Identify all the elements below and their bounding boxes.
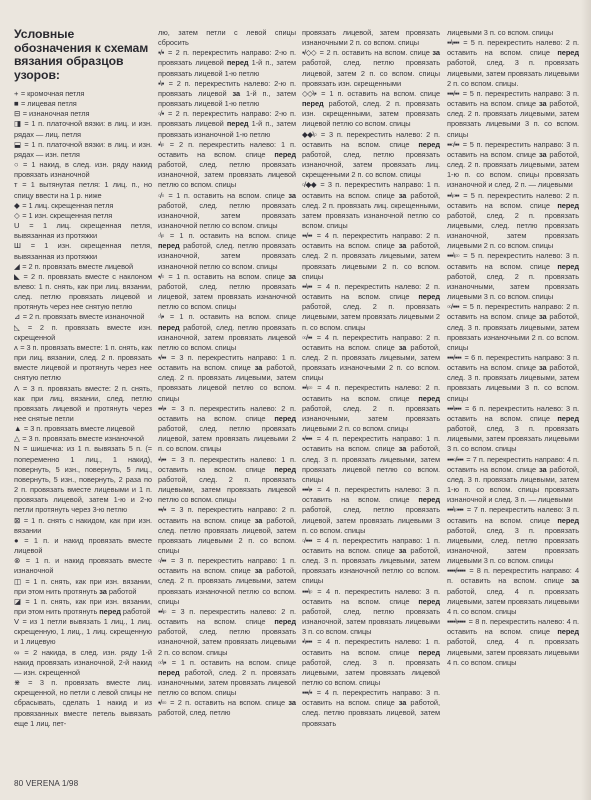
- stitch-symbol-icon: ◇◇\▪: [302, 89, 316, 99]
- emphasis-text: перед: [557, 201, 579, 210]
- stitch-symbol-icon: ▫▫/▪▪▪: [447, 302, 459, 312]
- legend-entry: ▪▪/▪ = 3 п. перекрестить направо: 2 п. о…: [158, 505, 296, 556]
- legend-entry: ◣ = 2 п. провязать вместе с наклоном вле…: [14, 272, 152, 313]
- legend-text-continued: работой, след. петлю провязать изнаночно…: [158, 323, 296, 352]
- stitch-symbol-icon: V: [14, 617, 18, 627]
- legend-text-continued: работой, след. 2 п. провязать лицевыми, …: [302, 302, 440, 331]
- legend-entry: ▪▪▪\▪▪▪ = 6 п. перекрестить налево: 3 п.…: [447, 404, 579, 455]
- legend-text: = 1 накид, в след. изн. ряду накид провя…: [14, 160, 152, 179]
- stitch-symbol-icon: ▪▪\▫▫: [302, 383, 312, 393]
- issue-number: 1/98: [62, 779, 78, 788]
- emphasis-text: за: [539, 465, 547, 474]
- column-2: лю, затем петли с левой спицы сбросить▪/…: [158, 28, 296, 719]
- stitch-symbol-icon: ◆: [14, 201, 19, 211]
- stitch-symbol-icon: ⊟: [14, 109, 20, 119]
- legend-entry: ▪▪▪▪/▪▪▪▪ = 8 п. перекрестить направо: 4…: [447, 566, 579, 617]
- legend-entry: ◆◆\▫ = 3 п. перекрестить налево: 2 п. ос…: [302, 130, 440, 181]
- legend-entry: ▫/▪ = 2 п. перекрестить направо: 2-ю п. …: [158, 109, 296, 139]
- legend-text: лицевыми 3 п. со вспом. спицы: [447, 28, 553, 37]
- legend-entry: ▪\▫ = 2 п. перекрестить налево: 1 п. ост…: [158, 140, 296, 191]
- legend-entry: ▫/▪▪ = 3 п. перекрестить направо: 1 п. о…: [158, 556, 296, 607]
- legend-text: = кромочная петля: [19, 89, 85, 98]
- stitch-symbol-icon: ⊠: [14, 516, 20, 526]
- legend-text: = 1 п. оставить на вспом. спице: [165, 191, 289, 200]
- legend-entry: ▪▪\▪ = 3 п. перекрестить налево: 2 п. ос…: [158, 404, 296, 455]
- emphasis-text: перед: [418, 648, 440, 657]
- legend-entry: ▪▪\▫ = 3 п. перекрестить налево: 2 п. ос…: [158, 607, 296, 658]
- stitch-symbol-icon: ▪/▪▪▪: [302, 434, 312, 444]
- legend-text: = лицевая петля: [19, 99, 77, 108]
- legend-entry: ◆ = 1 лиц. скрещенная петля: [14, 201, 152, 211]
- stitch-symbol-icon: ▪▪▪/▪▪: [447, 89, 459, 99]
- emphasis-text: перед: [557, 516, 579, 525]
- page-edge-shadow: [581, 0, 591, 800]
- legend-text: = изнаночная петля: [21, 109, 90, 118]
- legend-text-continued: работой, след. 2 п. провязать изнаночным…: [447, 272, 579, 301]
- legend-entry: ▪/▫▫ = 2 п. оставить на вспом. спице за …: [158, 698, 296, 718]
- legend-text-continued: работой: [107, 587, 137, 596]
- stitch-symbol-icon: ▪/▪: [158, 48, 164, 58]
- legend-entry: ▪/▪▪ = 3 п. перекрестить направо: 1 п. о…: [158, 353, 296, 404]
- legend-entry: U = 1 лиц. скрещенная петля, вывязанная …: [14, 221, 152, 241]
- legend-entry: ⊗ = 1 п. и накид провязать вместе изнано…: [14, 556, 152, 576]
- emphasis-text: перед: [158, 668, 180, 677]
- stitch-symbol-icon: ▪▪▪▫/▪▪▪: [447, 455, 463, 465]
- stitch-symbol-icon: ▪▪/▪: [158, 505, 166, 515]
- legend-entry: ▫\▪ = 1 п. оставить на вспом. спице пере…: [158, 312, 296, 353]
- legend-text: = 1 п. оставить на вспом. спице: [165, 272, 289, 281]
- emphasis-text: за: [539, 312, 547, 321]
- legend-entry: ▪/◇◇ = 2 п. оставить на вспом. спице за …: [302, 48, 440, 89]
- legend-entry: ▪▪\▫▪▪ = 5 п. перекрестить налево: 2 п. …: [447, 191, 579, 252]
- legend-text: = из 1 петли вывязать 1 лиц., 1 лиц. скр…: [14, 617, 152, 646]
- legend-entry: ⊟ = изнаночная петля: [14, 109, 152, 119]
- legend-entry: ◫ = 1 п. снять, как при изн. вязании, пр…: [14, 577, 152, 597]
- legend-list: провязать лицевой, затем провязать изнан…: [302, 28, 440, 729]
- legend-entry: лю, затем петли с левой спицы сбросить: [158, 28, 296, 48]
- legend-entry: ▪▪/▪▪ = 4 п. перекрестить направо: 2 п. …: [302, 231, 440, 282]
- legend-text: = 3 п. провязать вместе: 1 п. снять, как…: [14, 343, 152, 382]
- emphasis-text: перед: [302, 99, 324, 108]
- emphasis-text: перед: [418, 495, 440, 504]
- legend-entry: ◢ = 2 п. провязать вместе лицевой: [14, 262, 152, 272]
- stitch-symbol-icon: ▪▪▫/▪▪: [447, 140, 459, 150]
- stitch-symbol-icon: ▪▪\▫▪▪: [447, 191, 459, 201]
- emphasis-text: за: [288, 698, 296, 707]
- legend-entry: ▪▪▪▫/▪▪▪ = 7 п. перекрестить направо: 4 …: [447, 455, 579, 506]
- stitch-symbol-icon: ▪▪\▪: [158, 404, 166, 414]
- legend-entry: ▪▪▪\▫ = 4 п. перекрестить налево: 3 п. о…: [302, 587, 440, 638]
- legend-text: лю, затем петли с левой спицы сбросить: [158, 28, 296, 47]
- legend-text: = 2 п. оставить на вспом. спице: [167, 698, 289, 707]
- emphasis-text: перед: [158, 323, 180, 332]
- legend-entry: ● = 1 п. и накид провязать вместе лицево…: [14, 536, 152, 556]
- legend-text-continued: работой, след. 3 п. провязать лицевыми, …: [447, 526, 579, 565]
- legend-text-continued: работой, след. петлю провязать изнаночно…: [302, 150, 440, 179]
- page-footer: 80 VERENA 1/98: [14, 779, 78, 788]
- legend-text-continued: работой, след. петлю провязать лицевой, …: [302, 58, 440, 87]
- legend-entry: ▪/▪ = 2 п. перекрестить направо: 2-ю п. …: [158, 48, 296, 78]
- stitch-symbol-icon: △: [14, 434, 19, 444]
- legend-text: = шишечка: из 1 п. вывязать 5 п. (= попе…: [14, 444, 152, 514]
- legend-entry: ▫▫/▪▪ = 4 п. перекрестить направо: 2 п. …: [302, 333, 440, 384]
- emphasis-text: перед: [418, 292, 440, 301]
- stitch-symbol-icon: U: [14, 221, 19, 231]
- stitch-symbol-icon: ▫/▫: [158, 191, 164, 201]
- emphasis-text: перед: [274, 465, 296, 474]
- page-number: 80: [14, 779, 23, 788]
- column-3: провязать лицевой, затем провязать изнан…: [302, 28, 440, 729]
- legend-text: = 3 п. провязать вместе лиц. скрещенной,…: [14, 678, 152, 728]
- stitch-symbol-icon: ▪▪\▫: [158, 607, 166, 617]
- legend-text: = 2 п. оставить на вспом. спице: [317, 48, 432, 57]
- legend-list: + = кромочная петля■ = лицевая петля⊟ = …: [14, 89, 152, 729]
- legend-text: = 1 п. оставить на вспом. спице: [165, 312, 296, 321]
- legend-entry: + = кромочная петля: [14, 89, 152, 99]
- stitch-symbol-icon: ▪▪▪\▫▫: [447, 251, 459, 261]
- emphasis-text: перед: [227, 119, 249, 128]
- legend-text-continued: работой: [121, 607, 151, 616]
- stitch-symbol-icon: ⬓: [14, 140, 21, 150]
- legend-entry: ▫▫\▪ = 1 п. оставить на вспом. спице пер…: [158, 658, 296, 699]
- legend-entry: ▫/▪▪▪ = 4 п. перекрестить направо: 1 п. …: [302, 536, 440, 587]
- legend-text: = 8 п. перекрестить направо: 4 п. остави…: [447, 566, 579, 585]
- legend-text: = 1 п. платочной вязки: в лиц. и изн. ря…: [14, 140, 152, 159]
- stitch-symbol-icon: ■: [14, 99, 18, 109]
- legend-text: = 1 п. и накид провязать вместе лицевой: [14, 536, 152, 555]
- legend-text-continued: работой, след. петлю провязать изнаночно…: [158, 241, 296, 270]
- emphasis-text: перед: [557, 48, 579, 57]
- legend-text: = 1 лиц. скрещенная петля, вывязанная из…: [14, 221, 152, 240]
- stitch-symbol-icon: ◆◆\▫: [302, 130, 316, 140]
- legend-list: лю, затем петли с левой спицы сбросить▪/…: [158, 28, 296, 719]
- emphasis-text: за: [539, 99, 547, 108]
- stitch-symbol-icon: ◢: [14, 262, 19, 272]
- legend-text-continued: работой, след. 2 п. провязать изнаночным…: [158, 668, 296, 697]
- stitch-symbol-icon: ◇: [14, 211, 19, 221]
- stitch-symbol-icon: N: [14, 444, 19, 454]
- stitch-symbol-icon: ▫/▪▪: [158, 556, 166, 566]
- legend-text-continued: работой, след. 3 п. провязать лицевыми, …: [447, 58, 579, 87]
- stitch-symbol-icon: ▪\▪: [158, 79, 164, 89]
- stitch-symbol-icon: Ш: [14, 241, 20, 251]
- legend-entry: ▪\▪▪ = 3 п. перекрестить налево: 1 п. ос…: [158, 455, 296, 506]
- emphasis-text: за: [99, 587, 107, 596]
- stitch-symbol-icon: ●: [14, 536, 18, 546]
- legend-text: = 3 п. провязать вместе лицевой: [22, 424, 135, 433]
- emphasis-text: за: [539, 150, 547, 159]
- legend-entry: ▪▪\▪▪▪ = 5 п. перекрестить налево: 2 п. …: [447, 38, 579, 89]
- legend-text: провязать лицевой, затем провязать изнан…: [302, 28, 440, 47]
- legend-text: = 2 п. провязать вместе лицевой: [20, 262, 133, 271]
- stitch-symbol-icon: ▪\▪▪: [158, 455, 166, 465]
- stitch-symbol-icon: ▪▪▪\▫▪▪▪: [447, 505, 463, 515]
- column-4: лицевыми 3 п. со вспом. спицы▪▪\▪▪▪ = 5 …: [447, 28, 579, 668]
- emphasis-text: перед: [557, 414, 579, 423]
- stitch-symbol-icon: ⊿: [14, 312, 20, 322]
- stitch-symbol-icon: ʌ: [14, 343, 17, 353]
- stitch-symbol-icon: ◣: [14, 272, 19, 282]
- legend-entry: ▪/▪▪▪ = 4 п. перекрестить направо: 1 п. …: [302, 434, 440, 485]
- legend-entry: ▪\▪▪▪ = 4 п. перекрестить налево: 1 п. о…: [302, 637, 440, 688]
- legend-entry: ◪ = 1 п. снять, как при изн. вязании, пр…: [14, 597, 152, 617]
- legend-entry: ▪▪▪▪\▪▪▪▪ = 8 п. перекрестить налево: 4 …: [447, 617, 579, 668]
- emphasis-text: перед: [274, 414, 296, 423]
- legend-text-continued: работой, след. 4 п. провязать лицевыми, …: [447, 587, 579, 616]
- stitch-symbol-icon: ▲: [14, 424, 21, 434]
- stitch-symbol-icon: ▪/◇◇: [302, 48, 316, 58]
- legend-text: = 1 п. снять с накидом, как при изн. вяз…: [14, 516, 152, 535]
- stitch-symbol-icon: Λ: [14, 384, 18, 394]
- stitch-symbol-icon: ⊗: [14, 556, 20, 566]
- legend-entry: ʌ = 3 п. провязать вместе: 1 п. снять, к…: [14, 343, 152, 384]
- stitch-symbol-icon: ▪/▫: [158, 272, 164, 282]
- legend-entry: ▪▪▪/▪ = 4 п. перекрестить направо: 3 п. …: [302, 688, 440, 729]
- legend-entry: ▪\▪ = 2 п. перекрестить налево: 2-ю п. п…: [158, 79, 296, 109]
- stitch-symbol-icon: ▫/▪: [158, 109, 164, 119]
- stitch-symbol-icon: ⋇: [14, 678, 20, 688]
- emphasis-text: перед: [99, 607, 121, 616]
- stitch-symbol-icon: ▫▫/▪▪: [302, 333, 312, 343]
- emphasis-text: перед: [158, 241, 180, 250]
- legend-entry: ◨ = 1 п. платочной вязки: в лиц. и изн. …: [14, 119, 152, 139]
- legend-entry: ▫\▫ = 1 п. оставить на вспом. спице пере…: [158, 231, 296, 272]
- legend-entry: лицевыми 3 п. со вспом. спицы: [447, 28, 579, 38]
- legend-text: = 2 накида, в след. изн. ряду 1-й накид …: [14, 648, 152, 677]
- legend-text-continued: работой, след. 4 п. провязать лицевыми, …: [447, 637, 579, 666]
- legend-text: = 1 изн. скрещенная петля: [20, 211, 112, 220]
- legend-entry: N = шишечка: из 1 п. вывязать 5 п. (= по…: [14, 444, 152, 515]
- emphasis-text: за: [571, 576, 579, 585]
- legend-text-continued: работой, след. петлю провязать лицевой, …: [302, 505, 440, 534]
- legend-entry: ▪/▫ = 1 п. оставить на вспом. спице за р…: [158, 272, 296, 313]
- legend-text-continued: работой, след. 2 п. провязать лицевыми, …: [158, 475, 296, 504]
- emphasis-text: за: [288, 191, 296, 200]
- stitch-symbol-icon: ▪▪▪\▫: [302, 587, 312, 597]
- legend-entry: ▪▪▪/▪▪▪ = 6 п. перекрестить направо: 3 п…: [447, 353, 579, 404]
- legend-text: = 1 изн. скрещенная петля, вывязанная из…: [14, 241, 152, 260]
- stitch-symbol-icon: ▪▪▪/▪: [302, 688, 312, 698]
- stitch-symbol-icon: ▪▪\▪▪: [302, 282, 312, 292]
- stitch-symbol-icon: ◨: [14, 119, 21, 129]
- legend-text-continued: работой, след. 2 п. провязать лицевыми, …: [447, 211, 579, 250]
- stitch-symbol-icon: ▪▪▪/▪▪▪: [447, 353, 461, 363]
- legend-entry: ◺ = 2 п. провязать вместе изн. скрещенно…: [14, 323, 152, 343]
- emphasis-text: перед: [557, 262, 579, 271]
- legend-text-continued: работой, след. петлю провязать изнаночно…: [158, 160, 296, 189]
- legend-text: = 1 п. оставить на вспом. спице: [317, 89, 440, 98]
- legend-entry: ▲ = 3 п. провязать вместе лицевой: [14, 424, 152, 434]
- legend-entry: Λ = 3 п. провязать вместе: 2 п. снять, к…: [14, 384, 152, 425]
- legend-entry: ▪▪▪\▪ = 4 п. перекрестить налево: 3 п. о…: [302, 485, 440, 536]
- legend-text-continued: работой, след. петлю провязать изнаночно…: [158, 627, 296, 656]
- stitch-symbol-icon: ▪▪\▪▪▪: [447, 38, 459, 48]
- legend-entry: ■ = лицевая петля: [14, 99, 152, 109]
- legend-entry: ▪▪▪\▫▫ = 5 п. перекрестить налево: 3 п. …: [447, 251, 579, 302]
- stitch-symbol-icon: ◪: [14, 597, 21, 607]
- stitch-symbol-icon: ▫/▪▪▪: [302, 536, 312, 546]
- legend-entry: ▫/▫ = 1 п. оставить на вспом. спице за р…: [158, 191, 296, 232]
- legend-text-continued: работой, след. 3 п. провязать лицевыми, …: [447, 424, 579, 453]
- emphasis-text: перед: [418, 597, 440, 606]
- legend-entry: ▫▫/▪▪▪ = 5 п. перекрестить направо: 2 п.…: [447, 302, 579, 353]
- legend-entry: провязать лицевой, затем провязать изнан…: [302, 28, 440, 48]
- legend-text-continued: работой, след. 3 п. провязать лицевыми, …: [302, 658, 440, 687]
- legend-text: = 2 п. провязать вместе с наклоном влево…: [14, 272, 152, 311]
- legend-text: = 1 п. платочной вязки: в лиц. и изн. ря…: [14, 119, 152, 138]
- legend-entry: ⊿ = 2 п. провязать вместе изнаночной: [14, 312, 152, 322]
- emphasis-text: перед: [274, 617, 296, 626]
- stitch-symbol-icon: ▪/▫▫: [158, 698, 166, 708]
- stitch-symbol-icon: ◫: [14, 577, 21, 587]
- legend-text: = 1 вытянутая петля: 1 лиц. п., но спицу…: [14, 180, 152, 199]
- legend-entry: △ = 3 п. провязать вместе изнаночной: [14, 434, 152, 444]
- legend-entry: ○ = 1 накид, в след. изн. ряду накид про…: [14, 160, 152, 180]
- emphasis-text: за: [233, 89, 241, 98]
- stitch-symbol-icon: ∞: [14, 648, 19, 658]
- stitch-symbol-icon: ◺: [14, 323, 19, 333]
- legend-text: = 2 п. провязать вместе изнаночной: [21, 312, 145, 321]
- stitch-symbol-icon: ▪▪/▪▪: [302, 231, 312, 241]
- stitch-symbol-icon: ▪/▪▪: [158, 353, 166, 363]
- stitch-symbol-icon: ▪\▪▪▪: [302, 637, 312, 647]
- magazine-page: Условные обозначения к схемам вязания об…: [0, 0, 591, 800]
- legend-text-continued: работой, след. 2 п. провязать изнаночным…: [302, 404, 440, 433]
- legend-entry: т = 1 вытянутая петля: 1 лиц. п., но спи…: [14, 180, 152, 200]
- legend-text: = 2 п. провязать вместе изн. скрещенной: [14, 323, 152, 342]
- stitch-symbol-icon: ▫\▪: [158, 312, 164, 322]
- emphasis-text: перед: [227, 58, 249, 67]
- stitch-symbol-icon: т: [14, 180, 17, 190]
- legend-text: = 3 п. провязать вместе изнаночной: [20, 434, 144, 443]
- legend-entry: ▪▪\▫▫ = 4 п. перекрестить налево: 2 п. о…: [302, 383, 440, 434]
- emphasis-text: за: [432, 48, 440, 57]
- legend-entry: ⋇ = 3 п. провязать вместе лиц. скрещенно…: [14, 678, 152, 729]
- legend-text: = 1 п. оставить на вспом. спице: [165, 231, 296, 240]
- legend-entry: ◇◇\▪ = 1 п. оставить на вспом. спице пер…: [302, 89, 440, 130]
- emphasis-text: перед: [557, 627, 579, 636]
- legend-entry: ◇ = 1 изн. скрещенная петля: [14, 211, 152, 221]
- emphasis-text: перед: [274, 150, 296, 159]
- stitch-symbol-icon: ▪\▫: [158, 140, 164, 150]
- legend-text-continued: работой, след. петлю: [158, 708, 230, 717]
- legend-entry: ▪▪▪/▪▪ = 5 п. перекрестить направо: 3 п.…: [447, 89, 579, 140]
- stitch-symbol-icon: +: [14, 89, 18, 99]
- legend-entry: ▪▪\▪▪ = 4 п. перекрестить налево: 2 п. о…: [302, 282, 440, 333]
- legend-entry: Ш = 1 изн. скрещенная петля, вывязанная …: [14, 241, 152, 261]
- stitch-symbol-icon: ○: [14, 160, 18, 170]
- legend-text-continued: работой, след. петлю провязать изнаночно…: [302, 607, 440, 636]
- column-1: Условные обозначения к схемам вязания об…: [14, 28, 152, 729]
- legend-text-continued: работой, след. петлю провязать изнаночно…: [158, 201, 296, 230]
- legend-text-continued: работой, след. 2 п. провязать изн. скрещ…: [302, 99, 440, 128]
- legend-entry: ▪▪▫/▪▪ = 5 п. перекрестить направо: 3 п.…: [447, 140, 579, 191]
- stitch-symbol-icon: ▪▪▪▪\▪▪▪▪: [447, 617, 465, 627]
- stitch-symbol-icon: ▫/◆◆: [302, 180, 316, 190]
- emphasis-text: перед: [418, 394, 440, 403]
- stitch-symbol-icon: ▫\▫: [158, 231, 164, 241]
- stitch-symbol-icon: ▪▪▪\▪: [302, 485, 312, 495]
- page-title: Условные обозначения к схемам вязания об…: [14, 28, 152, 82]
- legend-text: = 1 п. и накид провязать вместе изнаночн…: [14, 556, 152, 575]
- legend-list: лицевыми 3 п. со вспом. спицы▪▪\▪▪▪ = 5 …: [447, 28, 579, 668]
- emphasis-text: за: [539, 363, 547, 372]
- legend-entry: ⊠ = 1 п. снять с накидом, как при изн. в…: [14, 516, 152, 536]
- legend-text: = 1 лиц. скрещенная петля: [20, 201, 113, 210]
- stitch-symbol-icon: ▪▪▪\▪▪▪: [447, 404, 461, 414]
- legend-entry: ▫/◆◆ = 3 п. перекрестить направо: 1 п. о…: [302, 180, 440, 231]
- legend-entry: ▪▪▪\▫▪▪▪ = 7 п. перекрестить налево: 3 п…: [447, 505, 579, 566]
- stitch-symbol-icon: ▪▪▪▪/▪▪▪▪: [447, 566, 465, 576]
- emphasis-text: за: [288, 272, 296, 281]
- legend-text-continued: работой, след. петлю провязать лицевой, …: [158, 424, 296, 453]
- legend-text: = 1 п. оставить на вспом. спице: [167, 658, 296, 667]
- legend-entry: V = из 1 петли вывязать 1 лиц., 1 лиц. с…: [14, 617, 152, 647]
- magazine-name: VERENA: [26, 779, 60, 788]
- legend-text: = 3 п. провязать вместе: 2 п. снять, как…: [14, 384, 152, 423]
- legend-text-continued: работой, след. петлю провязать лицевой, …: [158, 282, 296, 311]
- legend-entry: ∞ = 2 накида, в след. изн. ряду 1-й наки…: [14, 648, 152, 678]
- legend-entry: ⬓ = 1 п. платочной вязки: в лиц. и изн. …: [14, 140, 152, 160]
- stitch-symbol-icon: ▫▫\▪: [158, 658, 166, 668]
- emphasis-text: перед: [418, 140, 440, 149]
